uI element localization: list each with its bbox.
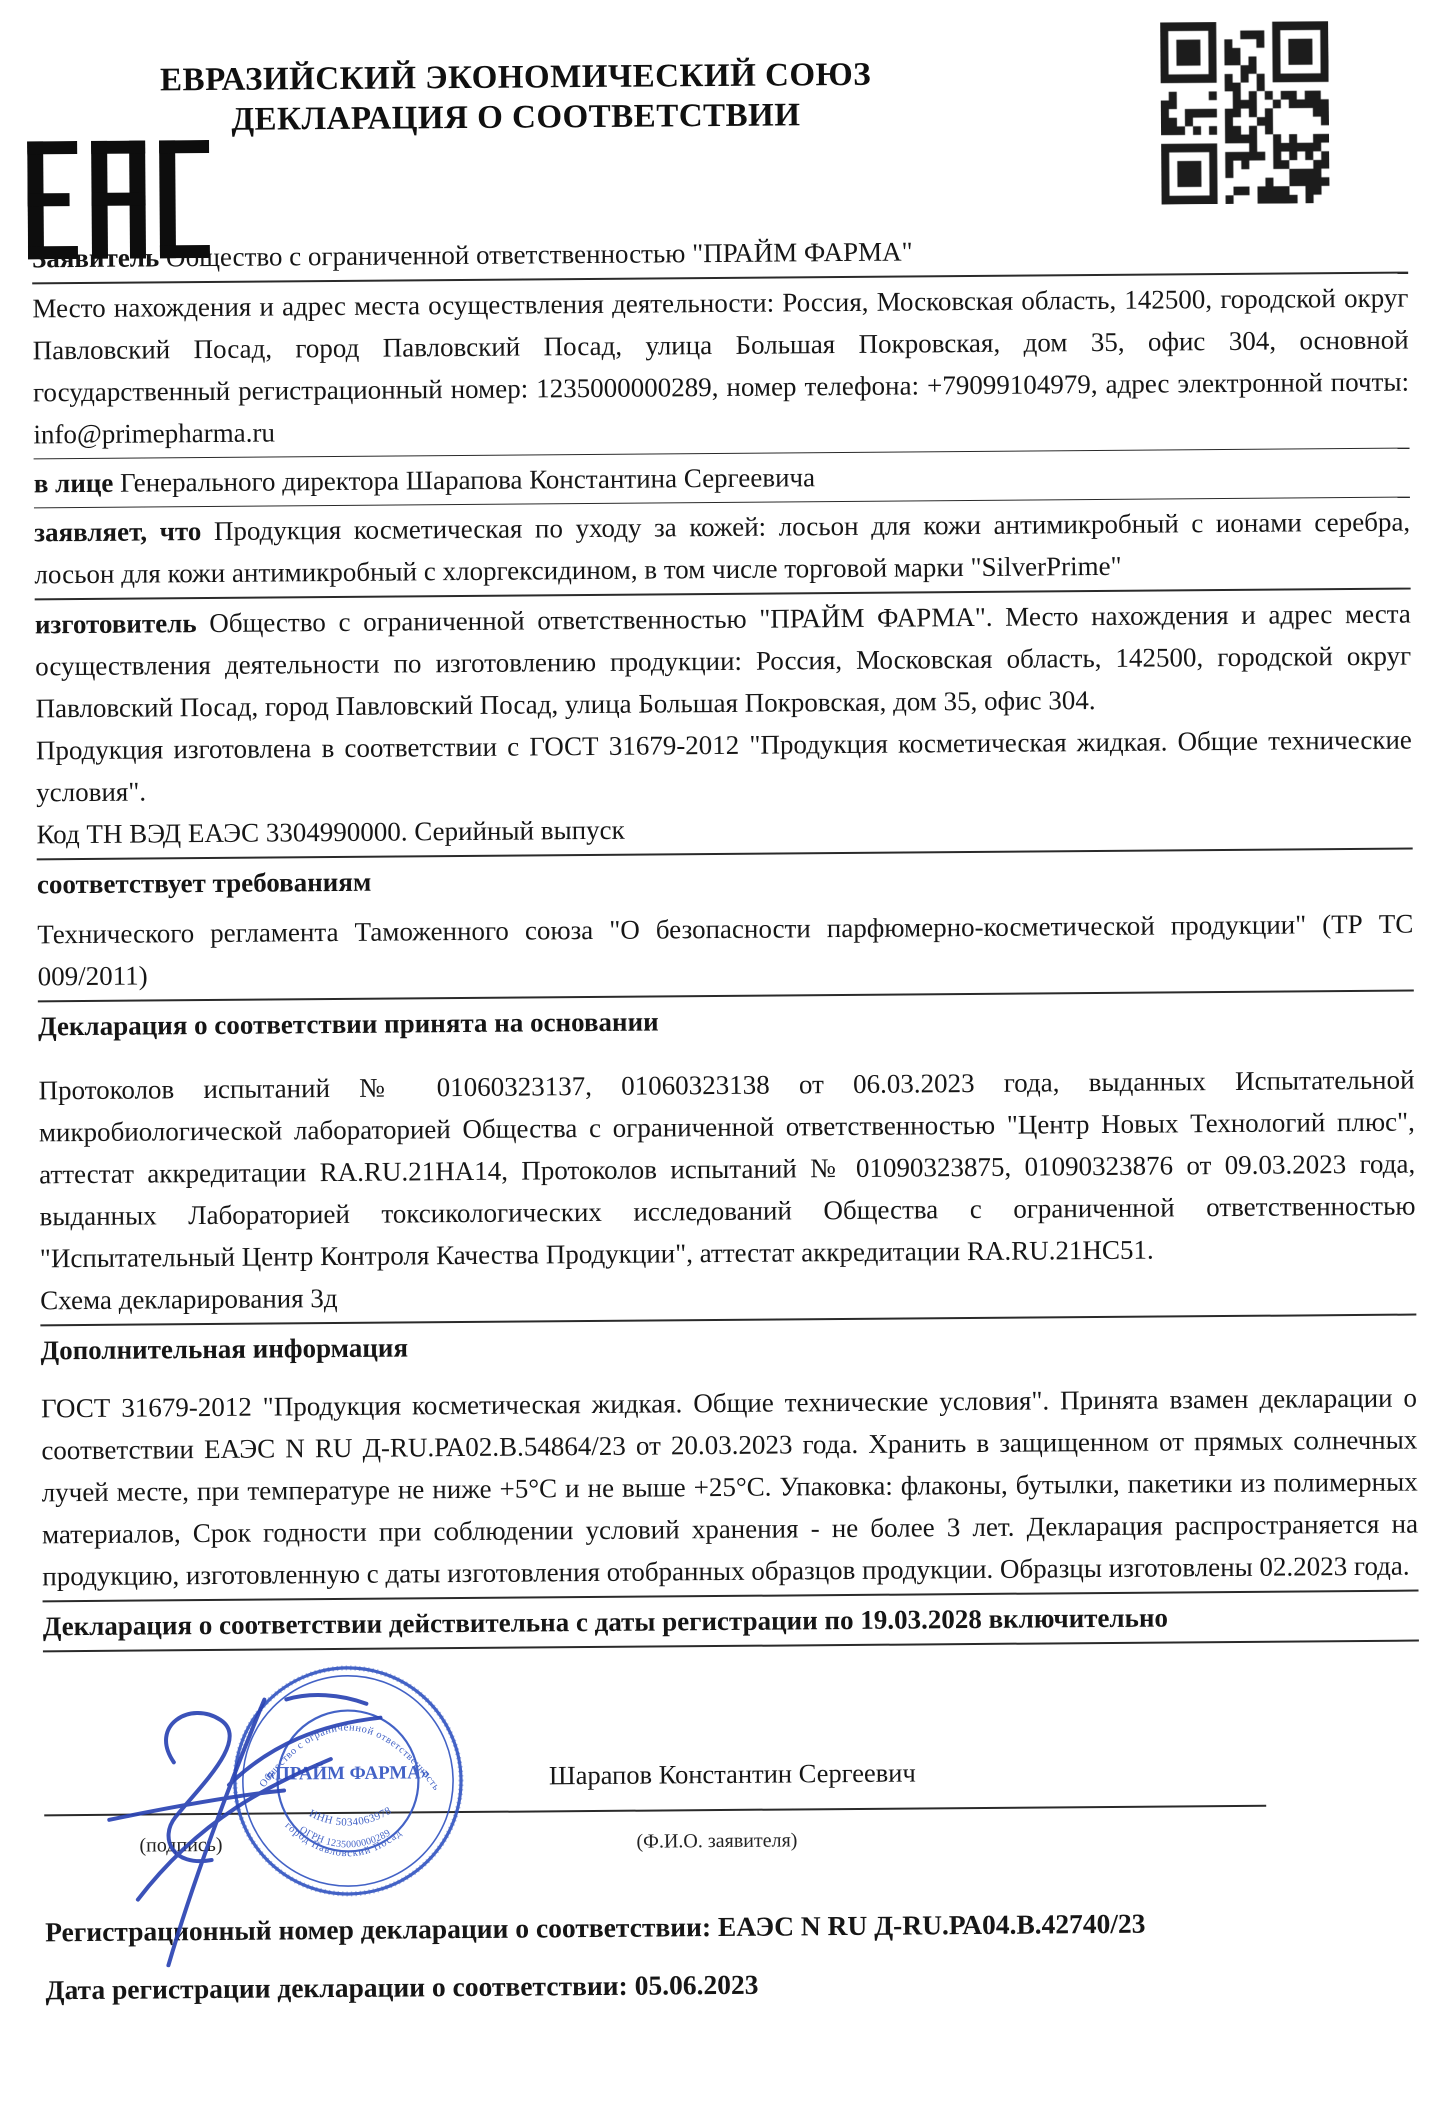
additional-paragraph: ГОСТ 31679-2012 "Продукция косметическая… bbox=[41, 1377, 1419, 1598]
registration-date-line: Дата регистрации декларации о соответств… bbox=[45, 1962, 1421, 2009]
qr-code bbox=[1160, 21, 1329, 204]
registration-date-label: Дата регистрации декларации о соответств… bbox=[45, 1970, 627, 2006]
declares-value: Продукция косметическая по уходу за коже… bbox=[34, 507, 1410, 590]
registration-date-value: 05.06.2023 bbox=[634, 1969, 758, 2001]
address-paragraph: Место нахождения и адрес места осуществл… bbox=[32, 277, 1409, 456]
document-body: Заявитель Общество с ограниченной ответс… bbox=[2, 226, 1432, 2008]
registration-number-value: ЕАЭС N RU Д-RU.РА04.В.42740/23 bbox=[718, 1908, 1146, 1942]
gost-paragraph: Продукция изготовлена в соответствии с Г… bbox=[36, 719, 1413, 814]
applicant-value: Общество с ограниченной ответственностью… bbox=[166, 236, 913, 272]
declares-label: заявляет, что bbox=[34, 516, 201, 547]
declares-paragraph: заявляет, что Продукция косметическая по… bbox=[34, 501, 1411, 596]
manufacturer-value: Общество с ограниченной ответственностью… bbox=[35, 599, 1411, 724]
declaration-document: ЕВРАЗИЙСКИЙ ЭКОНОМИЧЕСКИЙ СОЮЗ ДЕКЛАРАЦИ… bbox=[0, 0, 1432, 2112]
signature-block: Общество с ограниченной ответственностью… bbox=[43, 1652, 1421, 1915]
validity-line: Декларация о соответствии действительна … bbox=[43, 1595, 1419, 1648]
in-person-label: в лице bbox=[34, 468, 114, 499]
in-person-value: Генерального директора Шарапова Констант… bbox=[120, 462, 815, 497]
basis-paragraph: Протоколов испытаний № 01060323137, 0106… bbox=[38, 1059, 1416, 1280]
applicant-name-caption: (Ф.И.О. заявителя) bbox=[636, 1819, 797, 1862]
in-person-line: в лице Генерального директора Шарапова К… bbox=[34, 452, 1410, 505]
applicant-name: Шарапов Константин Сергеевич bbox=[549, 1751, 916, 1796]
document-header: ЕВРАЗИЙСКИЙ ЭКОНОМИЧЕСКИЙ СОЮЗ ДЕКЛАРАЦИ… bbox=[0, 0, 1432, 238]
manufacturer-paragraph: изготовитель Общество с ограниченной отв… bbox=[35, 593, 1412, 730]
document-titles: ЕВРАЗИЙСКИЙ ЭКОНОМИЧЕСКИЙ СОЮЗ ДЕКЛАРАЦИ… bbox=[85, 54, 946, 141]
signature-scribble bbox=[78, 1666, 390, 1968]
manufacturer-label: изготовитель bbox=[35, 608, 197, 639]
title-union: ЕВРАЗИЙСКИЙ ЭКОНОМИЧЕСКИЙ СОЮЗ bbox=[85, 54, 945, 101]
complies-paragraph: Технического регламента Таможенного союз… bbox=[37, 903, 1414, 998]
title-declaration: ДЕКЛАРАЦИЯ О СООТВЕТСТВИИ bbox=[86, 94, 946, 141]
eac-mark-icon bbox=[27, 140, 210, 259]
